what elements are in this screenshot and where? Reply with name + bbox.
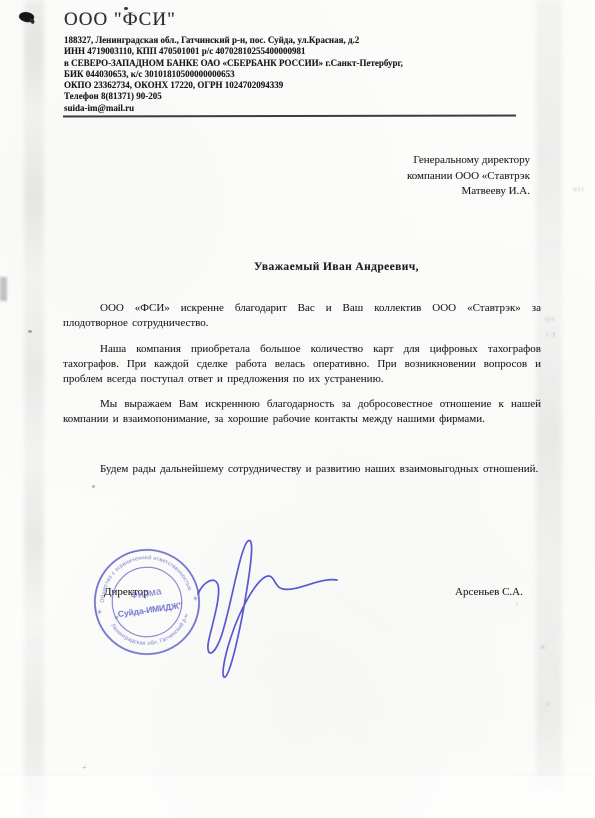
scan-ink-blob	[18, 10, 35, 24]
scan-band-right	[536, 0, 562, 790]
stamp-separator-star: ✳	[96, 609, 102, 617]
scan-speck	[92, 485, 95, 488]
letterhead-okpo-line: ОКПО 23362734, ОКОНХ 17220, ОГРН 1024702…	[64, 80, 403, 91]
letterhead-address-line: 188327, Ленинградская обл., Гатчинский р…	[64, 35, 403, 46]
scan-bottom-band	[0, 775, 595, 818]
company-name: ООО "ФСИ"	[64, 9, 403, 31]
salutation: Уважаемый Иван Андреевич,	[0, 261, 595, 273]
signature-name: Арсеньев С.А.	[455, 586, 523, 598]
scan-plus-mark: +	[82, 763, 87, 772]
scan-streak-left	[24, 0, 44, 818]
scan-ghost-mark: ʍ	[540, 643, 546, 651]
stamp-center-line1: Фирма	[130, 586, 163, 601]
stamp-center-line2: „Суйда-ИМИДЖ"	[113, 600, 183, 620]
letterhead-bank-line: в СЕВЕРО-ЗАПАДНОМ БАНКЕ ОАО «СБЕРБАНК РО…	[64, 58, 403, 69]
scan-ghost-mark: ɪϳʏ	[545, 315, 555, 323]
addressee-person-line: Матвееву И.А.	[407, 184, 530, 200]
letterhead-inn-line: ИНН 4719003110, КПП 470501001 р/с 407028…	[64, 46, 403, 57]
letter-paragraph: ООО «ФСИ» искренне благодарит Вас и Ваш …	[63, 301, 541, 331]
letter-paragraph: Мы выражаем Вам искреннюю благодарность …	[63, 397, 541, 427]
scan-ghost-mark: ʜɛɪ	[573, 185, 585, 193]
scanned-letter-page: + ɪϳʏ ɪ;ʒ ɾ ʍ ːɪ ʜɛɪ ООО "ФСИ" 188327, Л…	[0, 0, 595, 818]
scan-ghost-mark: ɾ	[515, 600, 519, 608]
letterhead-bik-line: БИК 044030653, к/с 30101810500000000653	[64, 69, 403, 80]
letterhead-divider	[63, 115, 516, 117]
addressee-title-line: Генеральному директору	[407, 153, 530, 169]
scan-ghost-mark: ːɪ	[544, 700, 550, 708]
handwritten-signature	[185, 527, 350, 689]
letter-paragraph: Наша компания приобретала большое количе…	[63, 342, 541, 387]
scan-ghost-mark: ɪ;ʒ	[546, 330, 556, 338]
scan-speck	[28, 330, 32, 333]
letterhead: ООО "ФСИ" 188327, Ленинградская обл., Га…	[64, 9, 403, 114]
letterhead-email-line: suida-im@mail.ru	[64, 103, 403, 114]
letterhead-phone-line: Телефон 8(81371) 90-205	[64, 91, 403, 102]
scan-edge-mark	[0, 277, 7, 301]
addressee-block: Генеральному директору компании ООО «Ста…	[407, 153, 530, 200]
addressee-company-line: компании ООО «Ставтрэк	[407, 169, 530, 185]
letter-paragraph: Будем рады дальнейшему сотрудничеству и …	[63, 462, 541, 477]
